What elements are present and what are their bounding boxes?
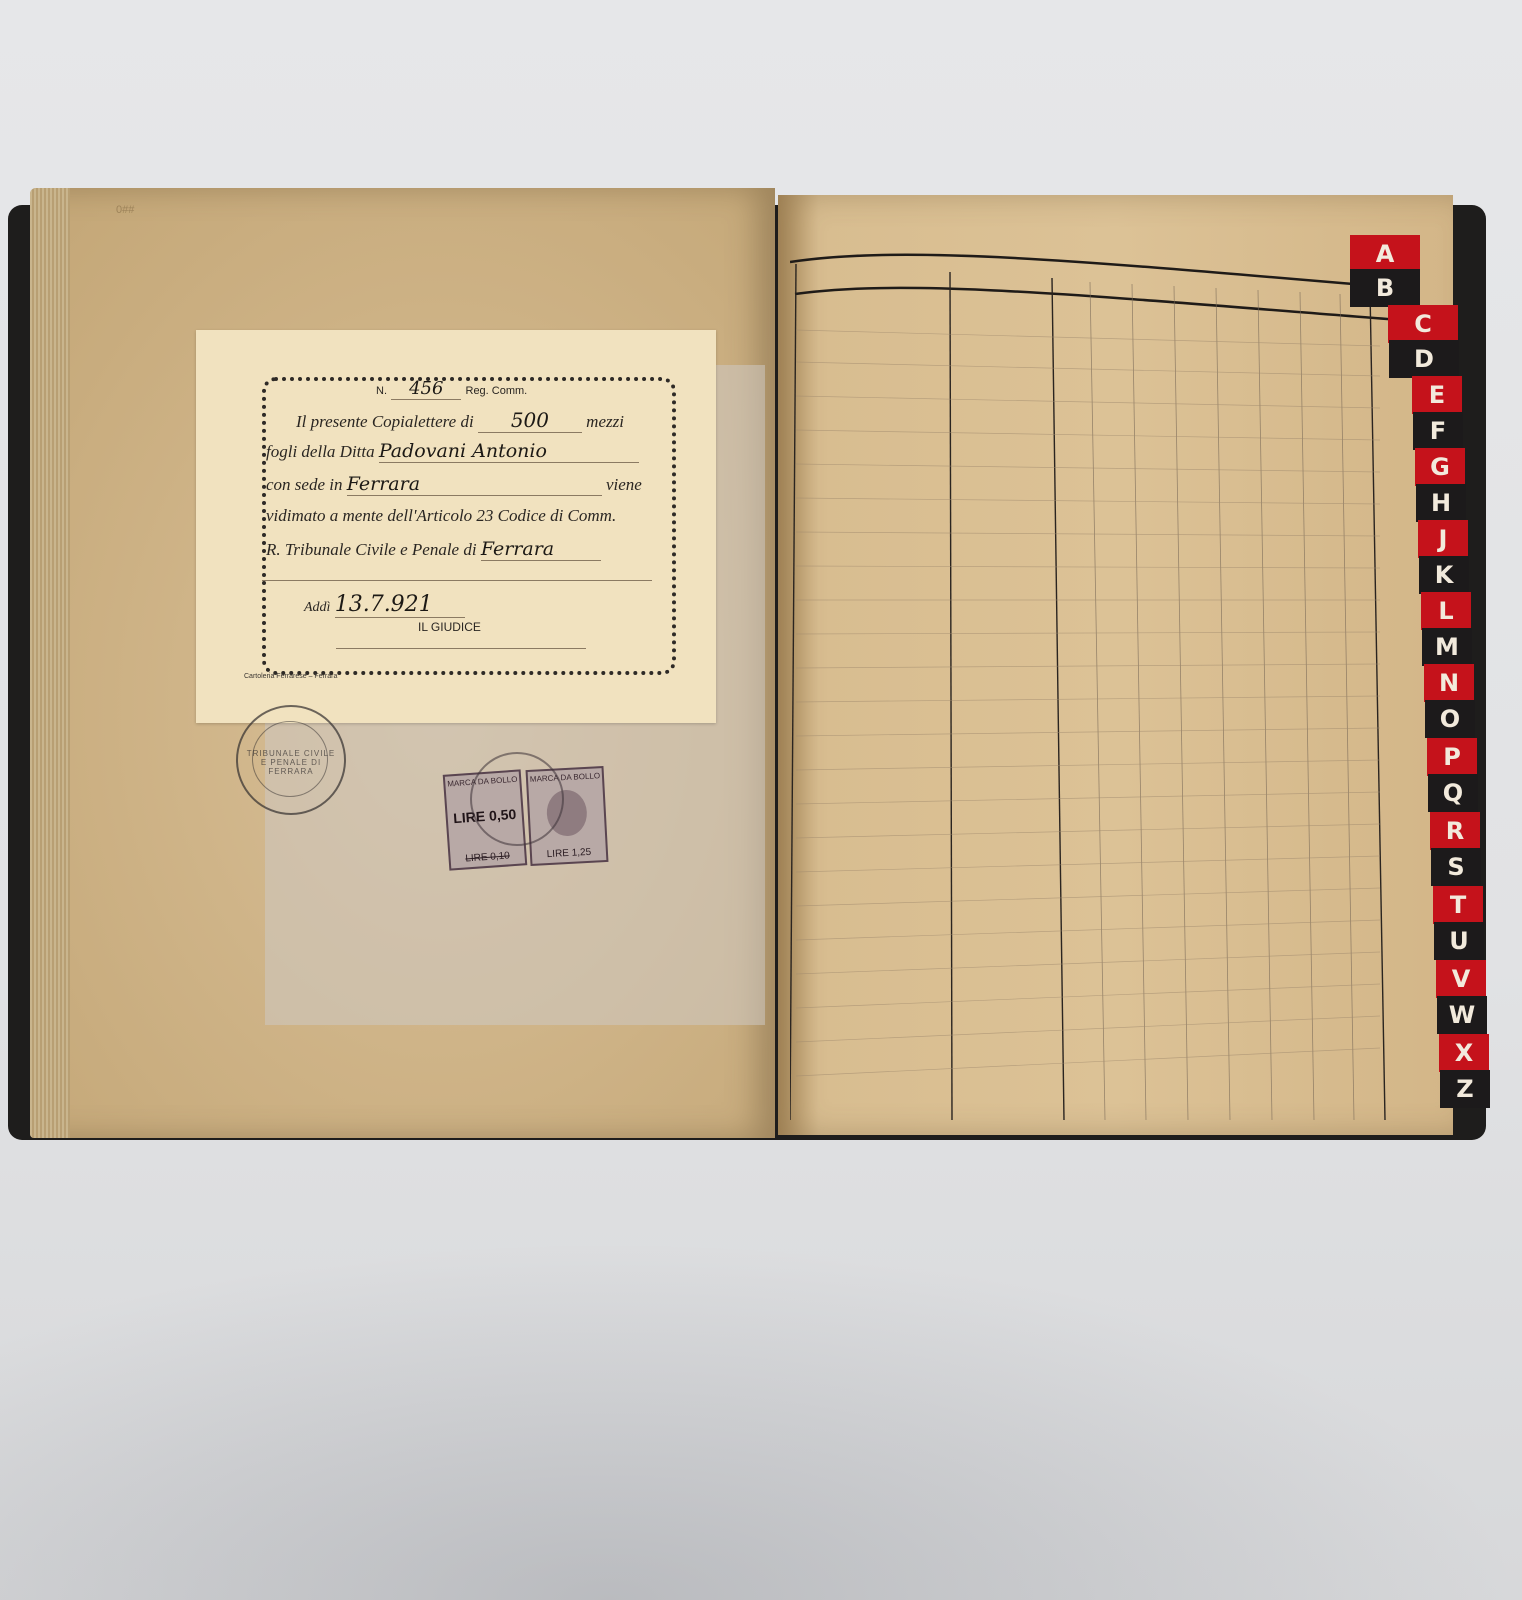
index-tab-w[interactable]: W: [1437, 996, 1487, 1034]
index-tab-r[interactable]: R: [1430, 812, 1480, 850]
index-tab-n[interactable]: N: [1424, 664, 1474, 702]
cancellation-postmark-icon: [470, 752, 564, 846]
company-city: Ferrara: [347, 473, 602, 496]
tribunal-city: Ferrara: [481, 538, 601, 561]
index-tab-o[interactable]: O: [1425, 700, 1475, 738]
table-surface: [0, 1240, 1522, 1600]
index-tab-c[interactable]: C: [1388, 305, 1458, 343]
index-tab-b[interactable]: B: [1350, 269, 1420, 307]
company-name: Padovani Antonio: [379, 440, 639, 463]
register-number: 456: [391, 378, 461, 400]
line-ditta: fogli della Ditta Padovani Antonio: [266, 440, 639, 463]
index-tab-s[interactable]: S: [1431, 848, 1481, 886]
tribunal-seal-icon: TRIBUNALE CIVILE E PENALE DI FERRARA: [236, 705, 346, 815]
line-sede: con sede in Ferrara viene: [266, 473, 642, 496]
index-tab-d[interactable]: D: [1389, 340, 1459, 378]
line-articolo: vidimato a mente dell'Articolo 23 Codice…: [266, 506, 616, 526]
index-tab-u[interactable]: U: [1434, 922, 1484, 960]
line-tribunale: R. Tribunale Civile e Penale di Ferrara: [266, 538, 601, 561]
index-tab-v[interactable]: V: [1436, 960, 1486, 998]
signature-line: [336, 648, 586, 649]
index-tab-j[interactable]: J: [1418, 520, 1468, 558]
line-copialettere: Il presente Copialettere di 500 mezzi: [296, 408, 624, 433]
index-tab-g[interactable]: G: [1415, 448, 1465, 486]
index-tab-h[interactable]: H: [1416, 484, 1466, 522]
index-tab-q[interactable]: Q: [1428, 774, 1478, 812]
corner-mark: 0##: [116, 204, 134, 216]
index-tab-t[interactable]: T: [1433, 886, 1483, 924]
index-tab-a[interactable]: A: [1350, 235, 1420, 273]
index-tab-f[interactable]: F: [1413, 412, 1463, 450]
index-tab-k[interactable]: K: [1419, 556, 1469, 594]
index-tab-e[interactable]: E: [1412, 376, 1462, 414]
line-date: Addì 13.7.921: [304, 592, 465, 618]
page-edges: [30, 188, 70, 1138]
index-tab-m[interactable]: M: [1422, 628, 1472, 666]
date-value: 13.7.921: [335, 592, 465, 618]
certificate-card: N. 456 Reg. Comm. Il presente Copialette…: [196, 330, 716, 723]
number-line: N. 456 Reg. Comm.: [376, 378, 527, 400]
ledger-grid: [790, 250, 1400, 1130]
index-tab-z[interactable]: Z: [1440, 1070, 1490, 1108]
sheet-count: 500: [478, 408, 582, 433]
index-tab-x[interactable]: X: [1439, 1034, 1489, 1072]
index-tab-l[interactable]: L: [1421, 592, 1471, 630]
printer-credit: Cartoleria Ferrarese – Ferrara: [244, 673, 337, 680]
judge-label: IL GIUDICE: [418, 620, 481, 634]
index-tab-p[interactable]: P: [1427, 738, 1477, 776]
divider: [262, 580, 652, 581]
